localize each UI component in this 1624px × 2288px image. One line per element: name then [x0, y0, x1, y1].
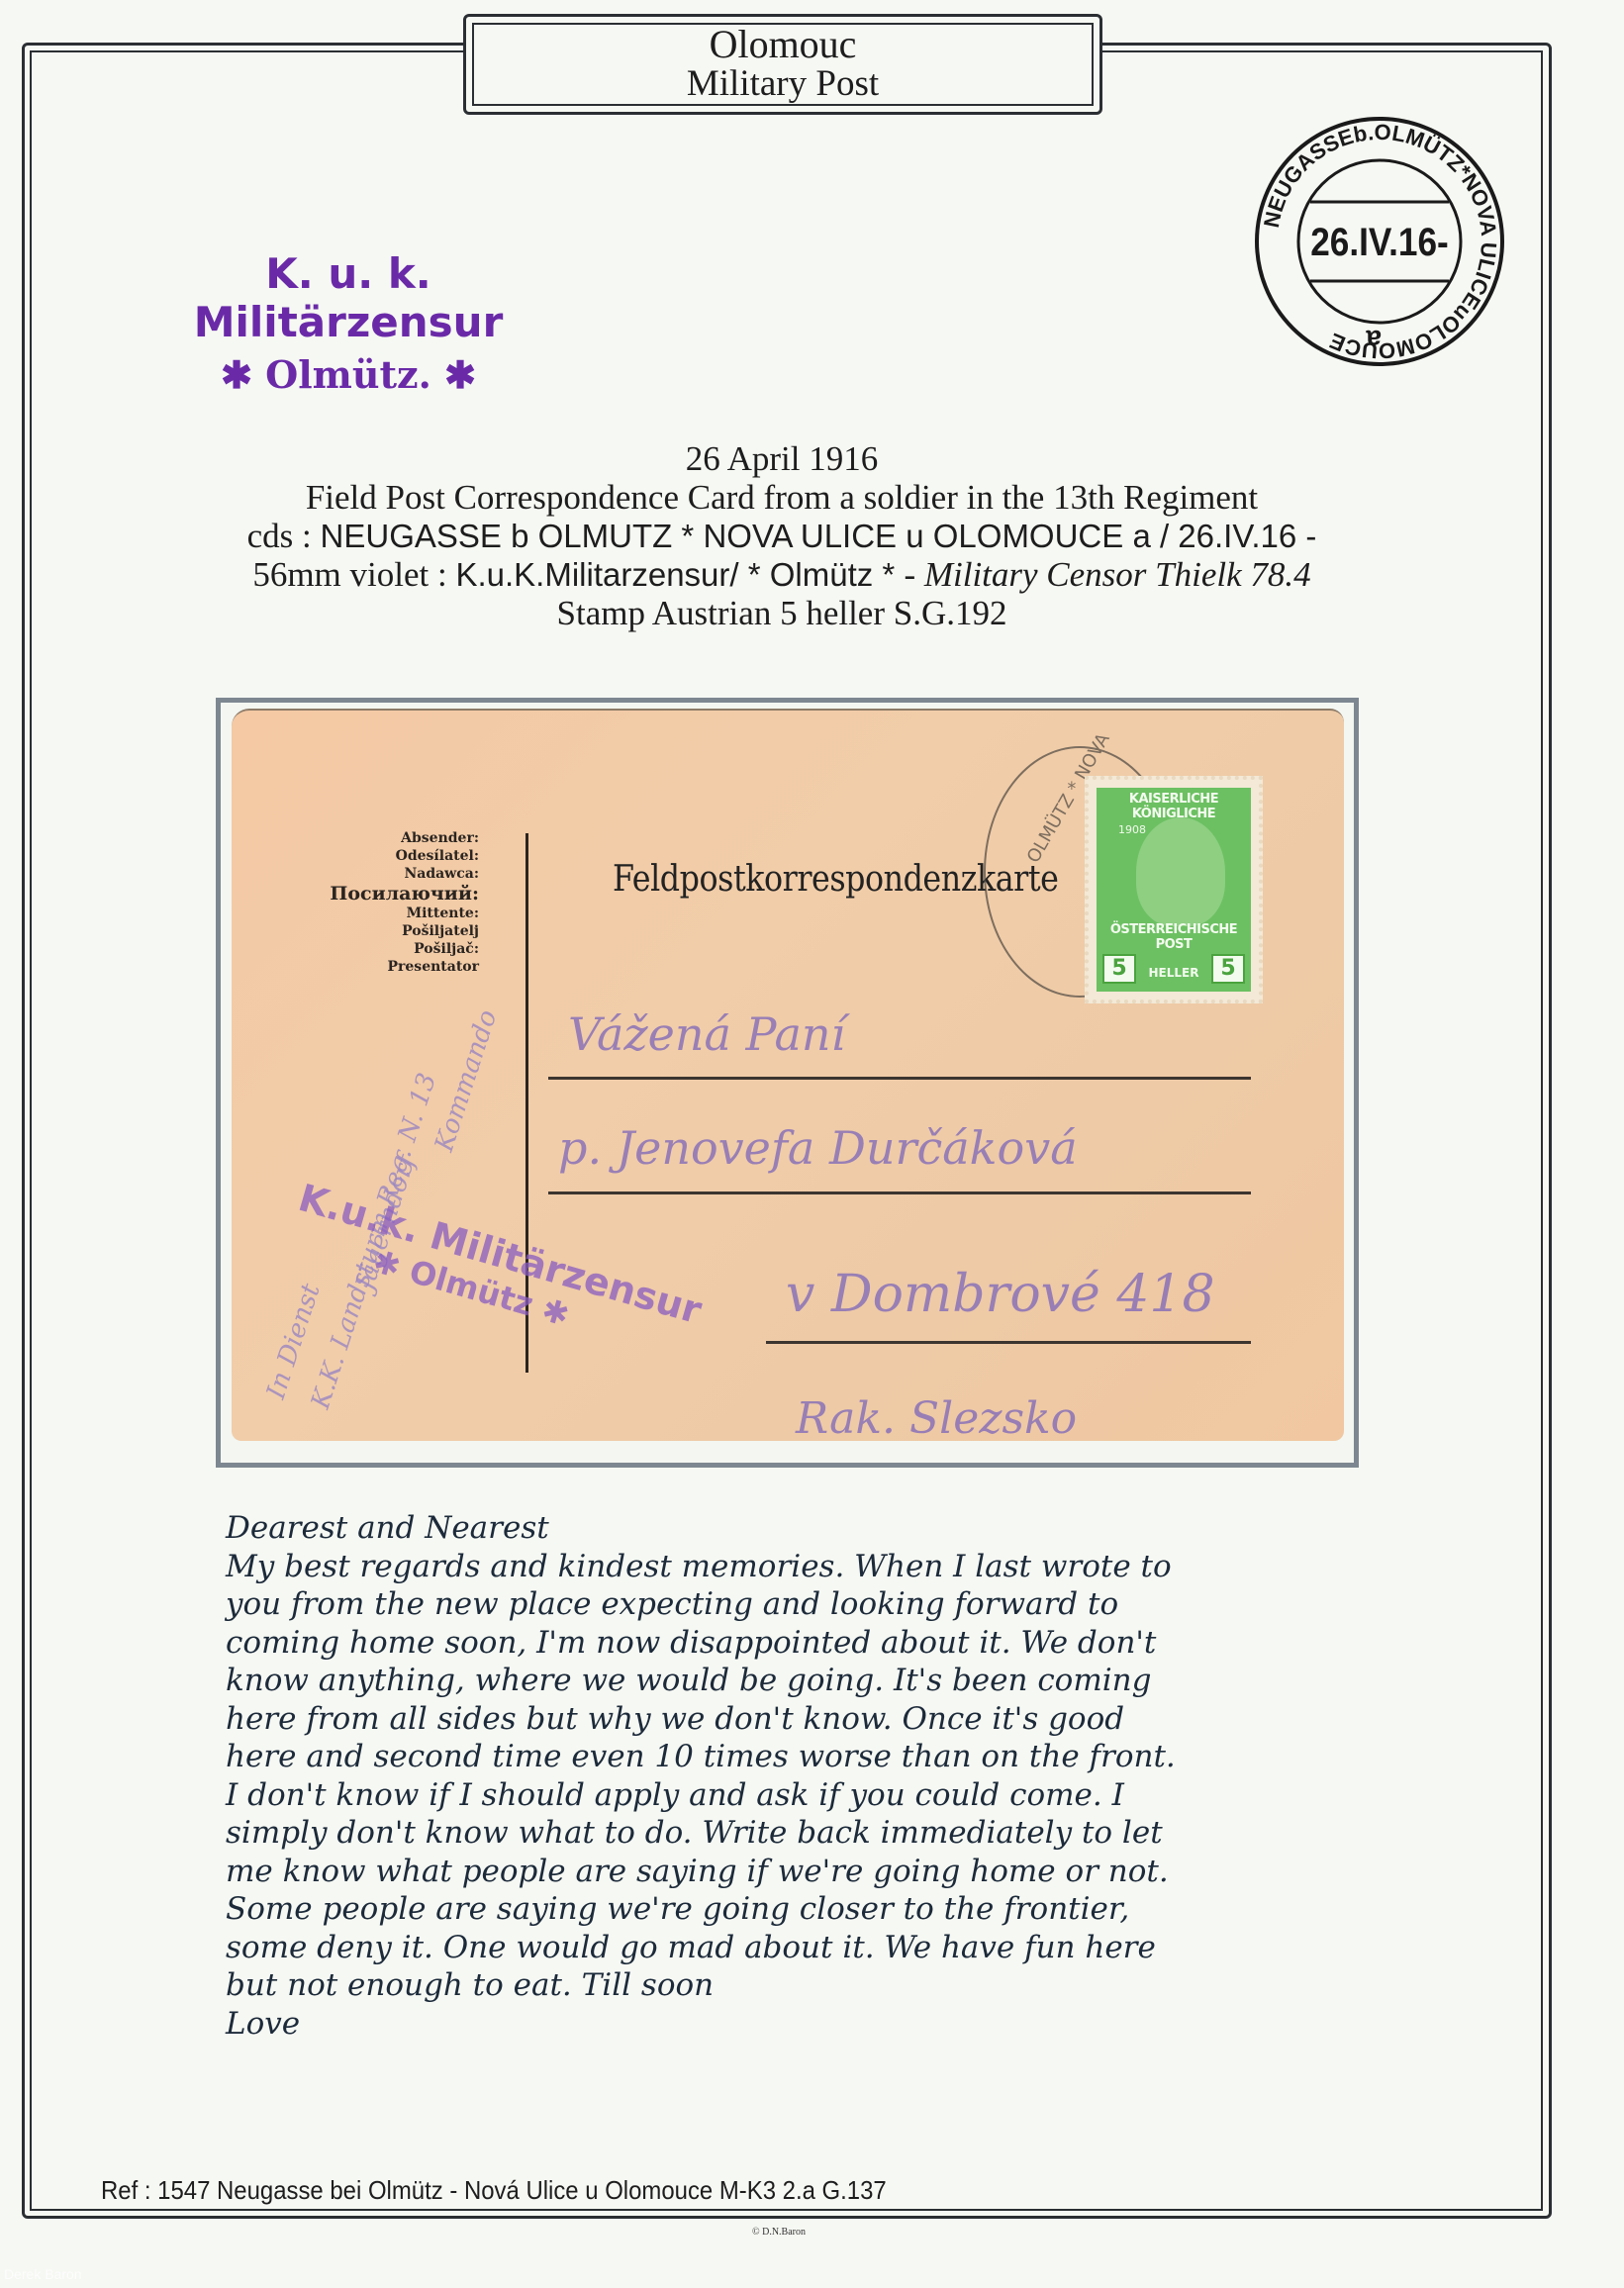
description-card-type: Field Post Correspondence Card from a so… — [99, 478, 1465, 517]
censor-mark-line2: ✱ Olmütz. ✱ — [111, 352, 586, 397]
emperor-portrait-icon — [1136, 817, 1225, 926]
address-handwriting-3: v Dombrové 418 — [786, 1265, 1215, 1324]
description-censor: 56mm violet : K.u.K.Militarzensur/ * Olm… — [99, 555, 1465, 594]
description-date: 26 April 1916 — [99, 439, 1465, 478]
postmark-suffix: a — [1366, 325, 1382, 355]
page-title: Olomouc — [710, 25, 857, 64]
page-subtitle: Military Post — [687, 64, 879, 104]
watermark: Derek Baron — [4, 2266, 82, 2282]
postmark-illustration: NEUGASSEb.OLMÜTZ*NOVA ULICEuOLOMOUCE a 2… — [1251, 113, 1508, 370]
stamp-face: KAISERLICHE KÖNIGLICHE 1908 ÖSTERREICHIS… — [1097, 788, 1251, 992]
address-line — [548, 1192, 1251, 1194]
sender-label: Presentator — [321, 958, 479, 976]
address-line — [766, 1341, 1251, 1344]
sender-label: Mittente: — [321, 905, 479, 922]
address-handwriting-2: p. Jenovefa Durčáková — [558, 1121, 1078, 1175]
postage-stamp: KAISERLICHE KÖNIGLICHE 1908 ÖSTERREICHIS… — [1085, 776, 1263, 1003]
sender-label: Посилаючий: — [321, 883, 479, 905]
reference-line: Ref : 1547 Neugasse bei Olmütz - Nová Ul… — [101, 2175, 887, 2206]
censor-mark-line1: K. u. k. Militärzensur — [111, 249, 586, 346]
title-box: Olomouc Military Post — [463, 14, 1102, 115]
letter-translation: Dearest and Nearest My best regards and … — [226, 1509, 1413, 2043]
censor-mark-illustration: K. u. k. Militärzensur ✱ Olmütz. ✱ — [111, 249, 586, 397]
postmark-date: 26.IV.16- — [1310, 220, 1449, 264]
address-line — [548, 1077, 1251, 1080]
sender-label: Odesílatel: — [321, 847, 479, 865]
sender-label: Absender: — [321, 829, 479, 847]
sender-label: Nadawca: — [321, 865, 479, 883]
address-handwriting-1: Vážená Paní — [568, 1007, 845, 1061]
sender-label: Pošiljatelj — [321, 922, 479, 940]
postcard-image: Absender:Odesílatel:Nadawca:Посилаючий:M… — [232, 709, 1344, 1441]
description-cds: cds : NEUGASSE b OLMUTZ * NOVA ULICE u O… — [99, 517, 1465, 555]
sender-labels: Absender:Odesílatel:Nadawca:Посилаючий:M… — [321, 829, 479, 976]
copyright: © D.N.Baron — [752, 2227, 806, 2238]
address-handwriting-4: Rak. Slezsko — [796, 1393, 1077, 1441]
description-stamp: Stamp Austrian 5 heller S.G.192 — [99, 594, 1465, 632]
sender-label: Pošiljač: — [321, 940, 479, 958]
item-description: 26 April 1916 Field Post Correspondence … — [99, 439, 1465, 632]
